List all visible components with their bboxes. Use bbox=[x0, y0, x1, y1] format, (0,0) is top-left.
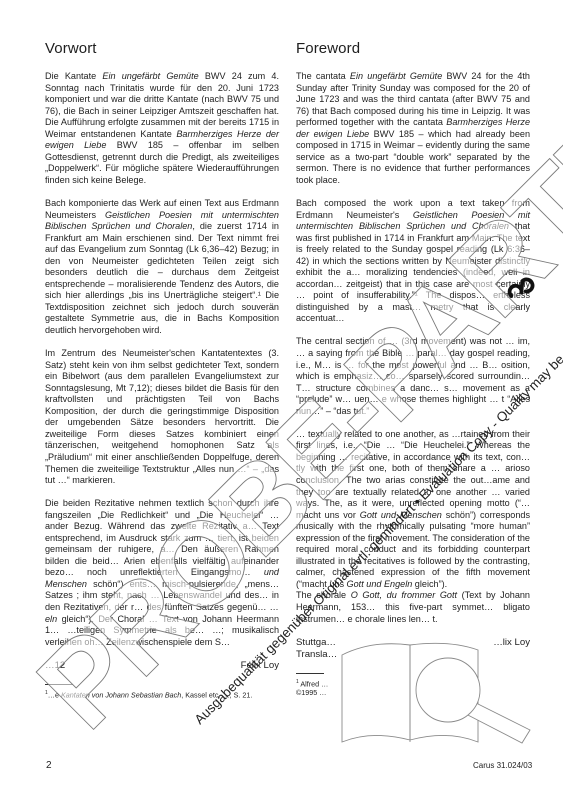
german-paragraph: Im Zentrum des Neumeister'schen Kantaten… bbox=[45, 348, 279, 487]
english-paragraph: The cantata Ein ungefärbt Gemüte BWV 24 … bbox=[296, 71, 530, 186]
page-number: 2 bbox=[46, 760, 52, 771]
german-signature-place: …12 bbox=[45, 660, 65, 672]
german-paragraph: Bach komponierte das Werk auf einen Text… bbox=[45, 198, 279, 337]
german-paragraphs: Die Kantate Ein ungefärbt Gemüte BWV 24 … bbox=[45, 71, 279, 648]
german-heading: Vorwort bbox=[45, 40, 279, 58]
english-paragraph: The chorale O Gott, du frommer Gott (Tex… bbox=[296, 590, 530, 625]
english-signature-author: …lix Loy bbox=[493, 637, 530, 649]
german-paragraph: Die beiden Rezitative nehmen textlich sc… bbox=[45, 498, 279, 648]
english-signature-place: Stuttga… bbox=[296, 637, 336, 649]
english-footnote-text2: ©1995 … bbox=[296, 688, 326, 697]
english-signature: Stuttga… …lix Loy bbox=[296, 637, 530, 649]
english-paragraph: Bach composed the work upon a text taken… bbox=[296, 198, 530, 325]
german-footnote-rule bbox=[45, 684, 73, 685]
german-signature: …12 Felix Loy bbox=[45, 660, 279, 672]
english-column: Foreword The cantata Ein ungefärbt Gemüt… bbox=[296, 40, 530, 697]
english-footnote: 1 Alfred … ©1995 … bbox=[296, 678, 530, 697]
english-paragraph: The central section of … (3rd movement) … bbox=[296, 336, 530, 417]
english-paragraph: … textually related to one another, as …… bbox=[296, 429, 530, 591]
english-heading: Foreword bbox=[296, 40, 530, 58]
german-footnote: 1…e Kantaten von Johann Sebastian Bach, … bbox=[45, 689, 279, 699]
german-column: Vorwort Die Kantate Ein ungefärbt Gemüte… bbox=[45, 40, 279, 699]
english-paragraphs: The cantata Ein ungefärbt Gemüte BWV 24 … bbox=[296, 71, 530, 625]
english-footnote-rule bbox=[296, 673, 324, 674]
english-footnote-marker: 1 bbox=[296, 679, 299, 685]
german-paragraph: Die Kantate Ein ungefärbt Gemüte BWV 24 … bbox=[45, 71, 279, 186]
publisher-code: Carus 31.024/03 bbox=[473, 761, 532, 770]
english-footnote-text: Alfred … bbox=[300, 679, 328, 688]
german-signature-author: Felix Loy bbox=[241, 660, 279, 672]
english-translator: Transla… bbox=[296, 649, 530, 661]
